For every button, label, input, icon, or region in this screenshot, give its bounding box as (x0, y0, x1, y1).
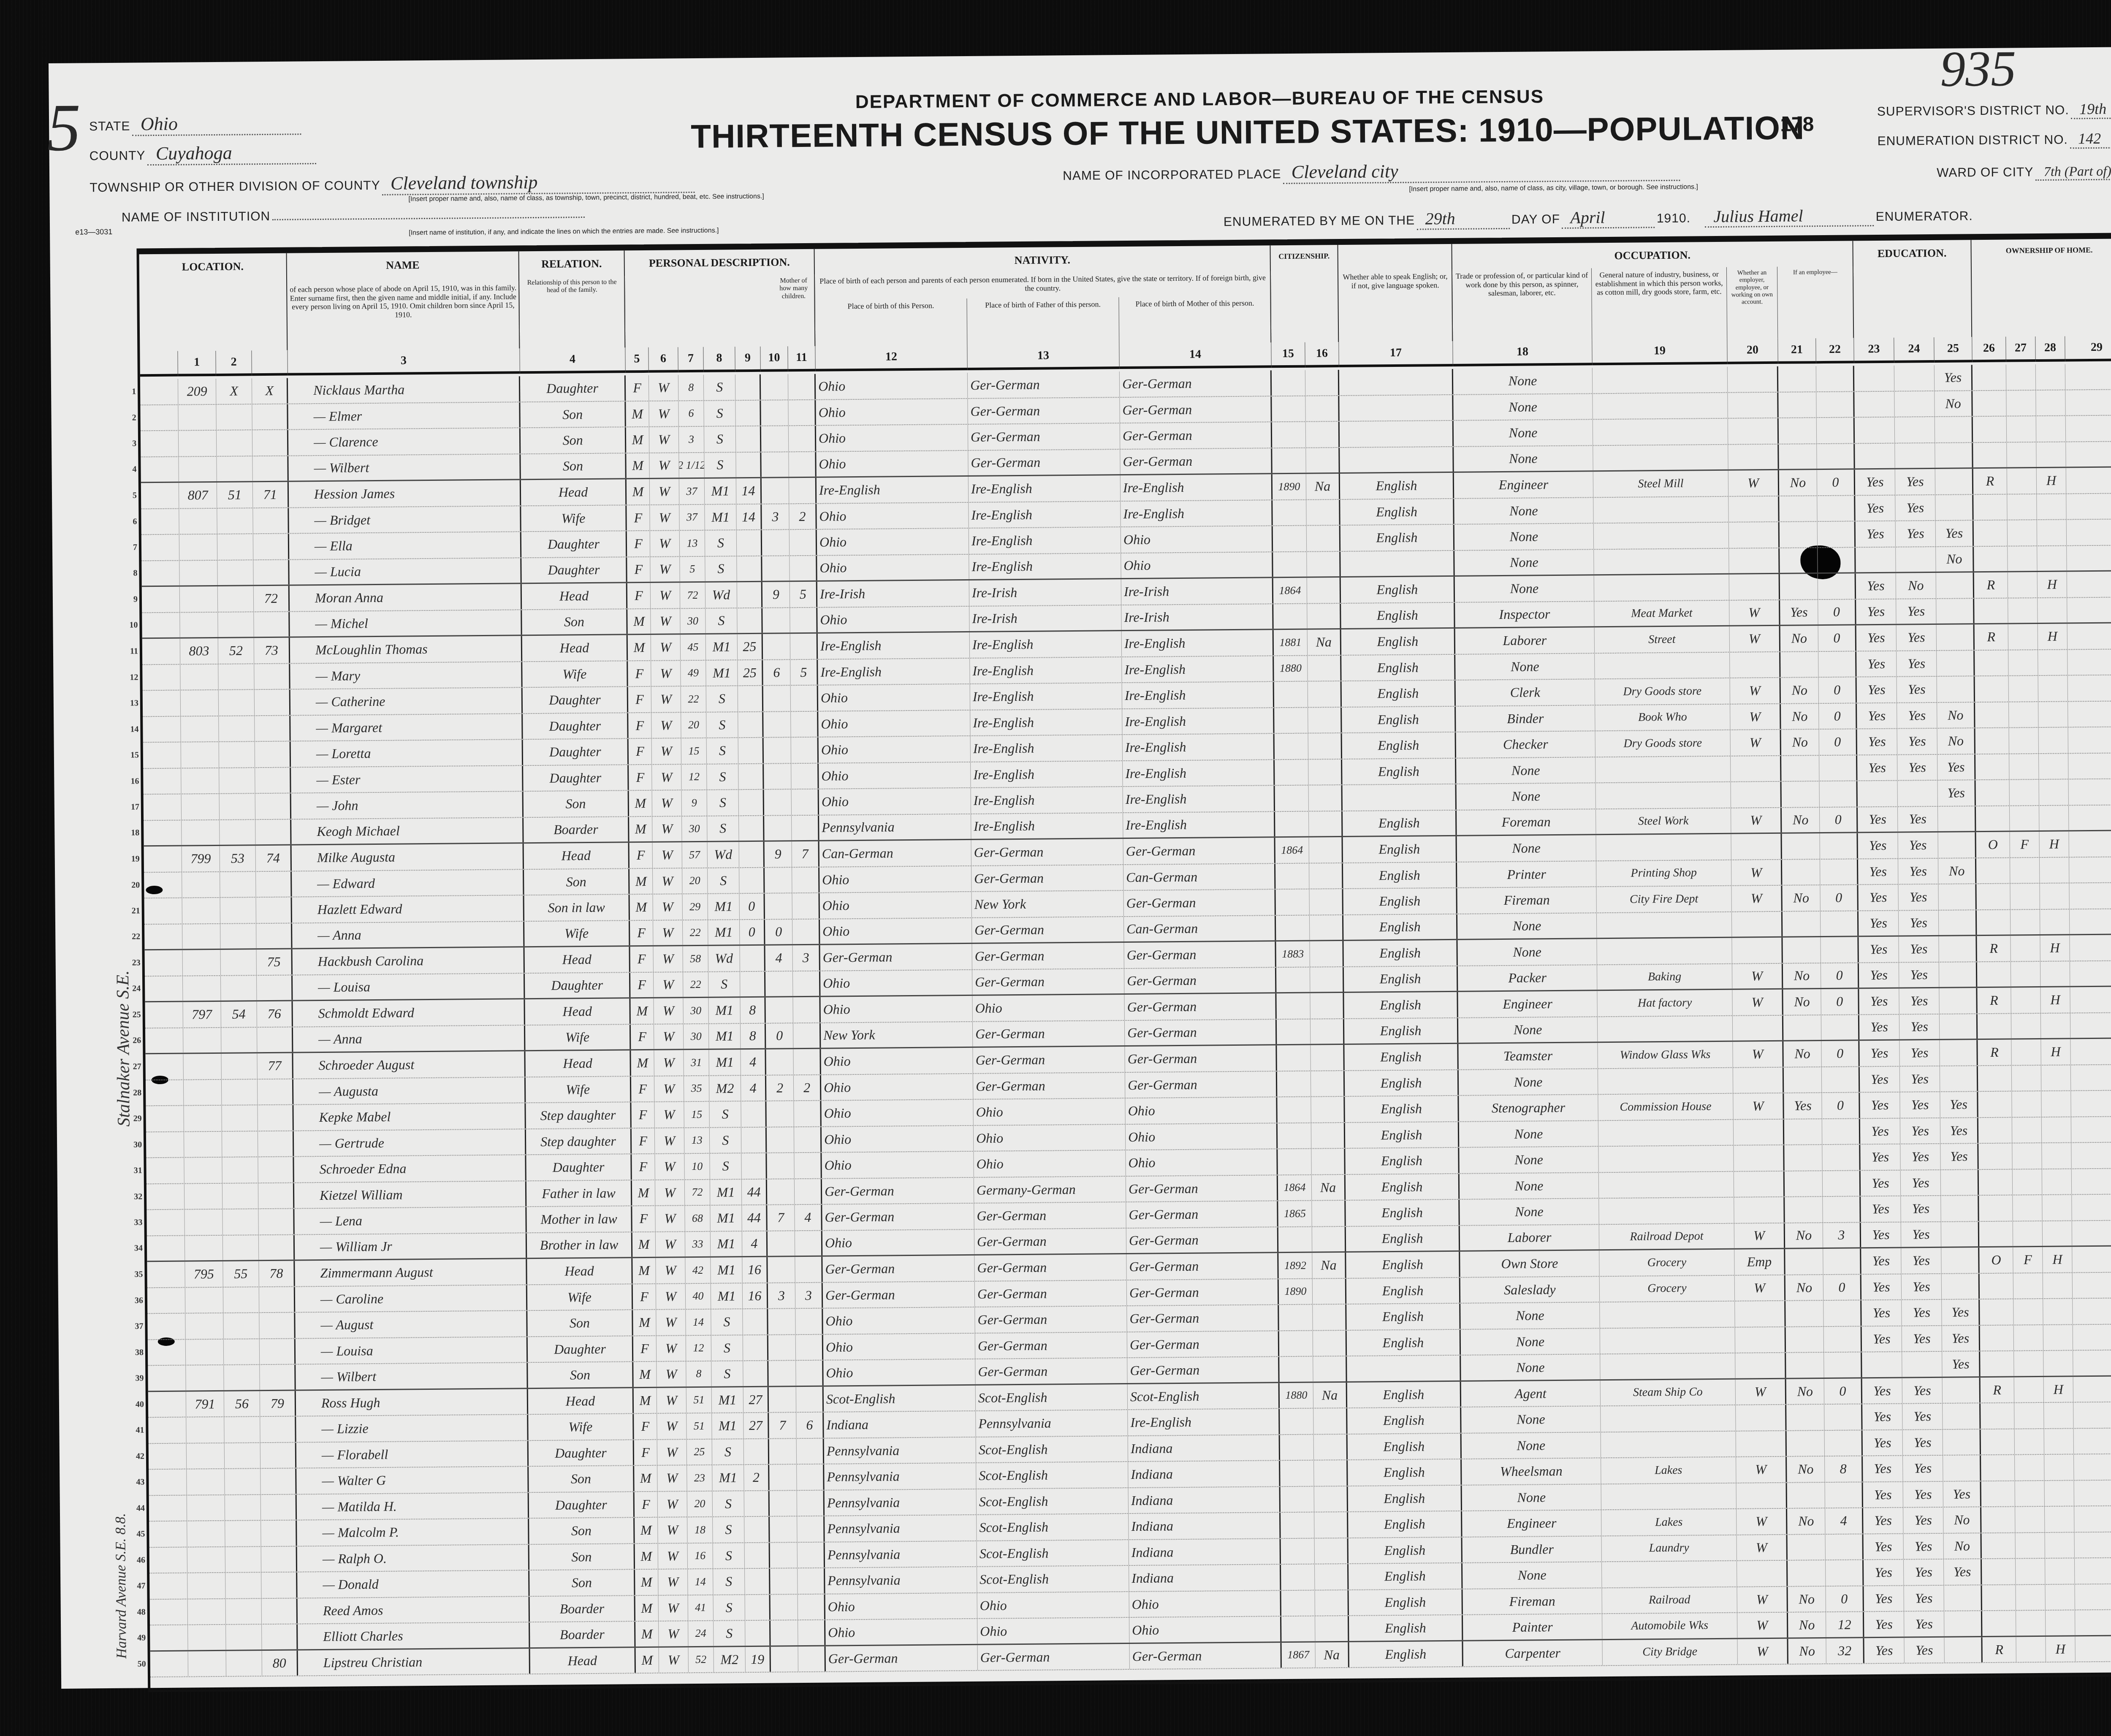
farm-house-cell (2043, 1299, 2073, 1324)
house-number-cell (181, 742, 219, 768)
person-name-cell: — Loretta (291, 740, 523, 767)
mother-birthplace-cell: Ire-English (1122, 630, 1274, 656)
can-read-cell: Yes (1856, 599, 1896, 624)
person-name-cell: Reed Amos (298, 1597, 530, 1624)
naturalization-cell (1307, 526, 1340, 551)
children-living-cell: 3 (795, 1283, 823, 1308)
language-cell: English (1349, 1615, 1463, 1641)
employment-class-cell: W (1730, 678, 1781, 703)
immigration-year-cell (1272, 448, 1306, 473)
dwelling-number-cell (224, 1417, 260, 1442)
industry-cell: Automobile Wks (1602, 1613, 1737, 1639)
mother-birthplace-cell: Ger-German (1127, 1357, 1279, 1383)
immigration-year-cell: 1881 (1274, 630, 1308, 655)
naturalization-cell (1311, 1097, 1345, 1122)
age-cell: 25 (687, 1439, 712, 1465)
immigration-year-cell (1275, 890, 1309, 915)
father-birthplace-cell: Ire-English (969, 502, 1121, 528)
trade-cell: None (1459, 1069, 1598, 1095)
years-married-cell: 27 (743, 1387, 769, 1412)
colnum-25: 25 (1934, 337, 1972, 363)
free-mortgaged-cell (2008, 624, 2038, 649)
owned-rented-cell (1975, 676, 2009, 702)
person-name-cell: Kepke Mabel (293, 1103, 526, 1130)
marital-status-cell: M1 (708, 920, 740, 945)
ward-value: 7th (Part of) Tract 92/94 (2035, 163, 2111, 181)
weeks-out-cell (1823, 1300, 1861, 1326)
owned-rented-cell: R (1981, 1377, 2014, 1402)
birthplace-cell: Ohio (819, 788, 971, 814)
industry-cell (1596, 834, 1731, 860)
owned-rented-cell (1978, 1092, 2012, 1117)
street-cell (141, 509, 179, 534)
owned-rented-cell: R (1973, 469, 2007, 494)
marital-status-cell: S (708, 868, 739, 893)
immigration-year-cell (1277, 1045, 1311, 1071)
sex-cell: F (627, 505, 650, 530)
naturalization-cell (1307, 578, 1341, 603)
farm-house-cell (2041, 1013, 2070, 1038)
language-instructions: Whether able to speak English; or, if no… (1338, 269, 1453, 342)
employment-class-cell (1731, 834, 1782, 859)
birthplace-cell: Ohio (823, 1333, 975, 1359)
years-married-cell: 27 (743, 1413, 769, 1438)
years-married-cell: 4 (741, 1050, 766, 1075)
marital-status-cell: S (713, 1491, 744, 1516)
trade-cell: Painter (1463, 1614, 1602, 1640)
can-read-cell: Yes (1864, 1612, 1904, 1637)
attended-school-cell: Yes (1937, 754, 1975, 780)
can-write-cell: Yes (1897, 703, 1937, 728)
incorporated-place-value: Cleveland city (1283, 158, 1680, 184)
naturalization-cell (1311, 1019, 1344, 1044)
can-write-cell: Yes (1900, 1066, 1940, 1091)
relation-cell: Mother in law (526, 1206, 632, 1232)
if-employee-header: If an employee— (1777, 266, 1853, 283)
race-cell: W (652, 790, 682, 816)
farm-house-cell (2039, 754, 2068, 779)
mother-birthplace-cell: Ger-German (1127, 1331, 1279, 1357)
marital-status-cell: S (707, 738, 738, 763)
free-mortgaged-cell (2008, 546, 2037, 571)
out-of-work-cell: No (1783, 989, 1821, 1014)
county-value: Cuyahoga (147, 141, 316, 165)
immigration-year-cell (1277, 1071, 1311, 1096)
occupation-code-cell (2070, 908, 2111, 934)
trade-cell: None (1459, 1147, 1598, 1173)
weeks-out-cell: 0 (1822, 1093, 1860, 1118)
can-read-cell (1854, 366, 1894, 391)
can-write-cell: Yes (1897, 625, 1937, 650)
marital-status-cell: S (710, 1128, 741, 1153)
father-birthplace-cell: Ire-English (971, 735, 1123, 761)
family-number-cell (257, 975, 293, 1000)
line-number: 47 (126, 1573, 145, 1599)
children-born-cell (769, 1439, 797, 1464)
farm-house-cell: H (2038, 624, 2068, 649)
age-cell: 57 (682, 842, 708, 868)
attended-school-cell: No (1937, 728, 1975, 754)
mother-birthplace-cell: Ire-Irish (1121, 578, 1273, 604)
person-name-cell: — Caroline (295, 1285, 527, 1312)
trade-cell: Checker (1456, 731, 1595, 757)
race-cell: W (653, 894, 683, 920)
relation-cell: Head (522, 635, 628, 661)
house-number-cell (185, 1210, 222, 1235)
free-mortgaged-cell (2013, 1299, 2043, 1324)
attended-school-cell: Yes (1935, 365, 1973, 390)
immigration-year-cell (1276, 967, 1310, 992)
marital-status-cell: S (707, 764, 738, 789)
birthplace-cell: Ohio (819, 762, 971, 788)
race-cell: W (658, 1492, 687, 1517)
children-born-cell (771, 1646, 798, 1672)
relation-cell: Boarder (524, 817, 629, 842)
farm-house-cell (2046, 1610, 2075, 1635)
naturalization-cell (1308, 759, 1342, 784)
immigration-year-cell (1276, 993, 1310, 1019)
weeks-out-cell: 12 (1826, 1612, 1864, 1637)
attended-school-cell (1944, 1637, 1982, 1663)
marital-status-cell: M1 (709, 1024, 741, 1049)
immigration-year-cell (1278, 1123, 1311, 1148)
occupation-code-cell: 12-9-2-6 (2070, 986, 2111, 1012)
trade-cell: None (1454, 498, 1593, 524)
race-cell: W (654, 1050, 684, 1075)
birth-mother-header: Place of birth of Mother of this person. (1119, 296, 1271, 344)
employment-class-cell (1733, 1067, 1784, 1093)
farm-house-cell (2036, 442, 2066, 467)
marital-status-cell: S (704, 374, 735, 400)
occupation-code-cell (2067, 570, 2111, 597)
industry-cell: Grocery (1600, 1275, 1735, 1302)
farm-house-cell (2043, 1325, 2073, 1350)
mother-birthplace-cell: Ire-English (1123, 734, 1275, 760)
race-cell: W (659, 1621, 688, 1646)
person-name-cell: — Malcolm P. (297, 1519, 529, 1546)
dwelling-number-cell (224, 1365, 260, 1390)
children-born-cell (762, 530, 790, 555)
can-write-cell (1896, 547, 1936, 572)
race-cell: W (650, 479, 679, 504)
employment-class-cell: W (1730, 704, 1781, 729)
dwelling-number-cell (225, 1547, 261, 1572)
free-mortgaged-cell (2006, 364, 2036, 390)
line-number: 50 (127, 1652, 146, 1677)
farm-house-cell (2039, 806, 2069, 830)
free-mortgaged-cell (2010, 858, 2040, 883)
years-married-cell (735, 374, 761, 400)
person-name-cell: — William Jr (295, 1233, 527, 1260)
race-cell: W (654, 998, 683, 1023)
enumerated-day: 29th (1416, 208, 1509, 230)
attended-school-cell (1941, 1248, 1979, 1273)
industry-cell: Street (1595, 627, 1730, 653)
employment-class-cell: W (1735, 1275, 1785, 1300)
occupation-code-cell (2072, 1193, 2111, 1220)
marital-status-cell: S (714, 1595, 745, 1620)
language-cell: English (1344, 966, 1458, 992)
attended-school-cell: No (1935, 391, 1973, 416)
trade-cell: None (1454, 420, 1593, 446)
relation-cell: Head (525, 998, 630, 1024)
can-write-cell (1902, 1352, 1942, 1377)
language-cell: English (1341, 629, 1455, 655)
mother-birthplace-cell: Scot-English (1128, 1383, 1280, 1409)
mother-birthplace-cell: Ger-German (1126, 1227, 1278, 1253)
employment-class-cell (1733, 1015, 1783, 1040)
colnum-10: 10 (760, 346, 788, 372)
children-living-cell (798, 1542, 825, 1568)
mother-birthplace-cell: Ger-German (1125, 1045, 1277, 1071)
race-cell: W (655, 1128, 684, 1153)
employment-class-cell (1736, 1405, 1786, 1430)
can-read-cell: Yes (1859, 963, 1899, 987)
naturalization-cell (1310, 967, 1344, 992)
mother-birthplace-cell: Ire-English (1121, 500, 1273, 526)
attended-school-cell (1944, 1611, 1982, 1636)
race-cell: W (649, 453, 679, 478)
children-born-cell: 4 (765, 945, 792, 971)
immigration-year-cell: 1892 (1278, 1253, 1312, 1278)
years-married-cell (738, 686, 763, 711)
age-cell: 30 (680, 608, 705, 633)
industry-cell (1597, 938, 1732, 964)
children-living-cell: 6 (796, 1413, 824, 1438)
language-cell: English (1345, 1122, 1459, 1148)
person-name-cell: Lipstreu Christian (298, 1649, 530, 1676)
birthplace-cell: New York (821, 1022, 973, 1047)
house-number-cell: 803 (180, 638, 218, 664)
line-number: 27 (122, 1054, 141, 1080)
employment-class-cell (1736, 1431, 1787, 1456)
line-number: 38 (125, 1340, 144, 1365)
dwelling-number-cell (218, 612, 254, 637)
race-cell: W (659, 1595, 688, 1621)
children-born-cell: 7 (767, 1205, 795, 1230)
dwelling-number-cell (221, 949, 257, 975)
employment-class-cell: Emp (1734, 1249, 1785, 1275)
trade-cell: Stenographer (1459, 1095, 1598, 1121)
immigration-year-cell (1279, 1305, 1313, 1330)
language-cell: English (1346, 1304, 1460, 1330)
street-cell (145, 1054, 183, 1080)
birthplace-cell: Ire-Irish (817, 580, 969, 607)
out-of-work-cell: No (1787, 1457, 1825, 1482)
can-write-cell: Yes (1903, 1481, 1943, 1507)
relation-cell: Daughter (525, 973, 630, 998)
attended-school-cell (1935, 495, 1973, 520)
can-write-cell (1894, 365, 1935, 391)
naturalization-cell (1313, 1356, 1347, 1381)
weeks-out-cell: 0 (1823, 1275, 1861, 1300)
house-number-cell (187, 1521, 225, 1546)
birthplace-cell: Ohio (816, 373, 968, 399)
marital-status-cell: S (704, 426, 736, 452)
employment-class-cell: W (1732, 963, 1783, 988)
race-cell: W (656, 1232, 685, 1257)
person-name-cell: — Anna (293, 1025, 525, 1052)
can-write-cell: Yes (1901, 1170, 1941, 1195)
sex-cell: F (629, 739, 652, 764)
marital-status-cell: M1 (710, 1205, 742, 1231)
naturalization-cell (1308, 681, 1342, 707)
relation-cell: Daughter (523, 739, 629, 765)
attended-school-cell: No (1943, 1533, 1981, 1559)
occupation-code-cell: 3-0-7-1 (2069, 856, 2111, 883)
farm-house-cell (2045, 1533, 2074, 1558)
attended-school-cell (1935, 443, 1973, 468)
owned-rented-cell (1973, 365, 2006, 390)
father-birthplace-cell: Ire-Irish (969, 579, 1121, 605)
sex-cell: M (626, 401, 649, 426)
person-name-cell: Ross Hugh (296, 1389, 528, 1416)
industry-cell: Laundry (1602, 1535, 1737, 1561)
industry-cell (1602, 1561, 1737, 1587)
trade-cell: None (1460, 1199, 1599, 1225)
out-of-work-cell: No (1781, 678, 1819, 703)
race-cell: W (651, 686, 681, 712)
immigration-year-cell (1279, 1331, 1313, 1356)
owned-rented-cell (1973, 417, 2007, 442)
owned-rented-cell (1981, 1429, 2015, 1454)
line-number: 34 (124, 1236, 143, 1261)
colnum-street (140, 351, 178, 377)
birthplace-cell: Can-German (819, 840, 971, 866)
free-mortgaged-cell (2014, 1325, 2043, 1350)
age-cell: 52 (689, 1647, 714, 1672)
house-number-cell (179, 534, 217, 560)
weeks-out-cell (1824, 1326, 1862, 1352)
children-born-cell (770, 1491, 797, 1516)
trade-cell: Fireman (1457, 887, 1596, 913)
dwelling-number-cell (225, 1469, 260, 1494)
dwelling-number-cell (217, 508, 253, 534)
sex-cell: F (626, 375, 649, 401)
age-cell: 37 (679, 505, 705, 530)
occupation-code-cell (2068, 778, 2111, 805)
out-of-work-cell: No (1779, 470, 1817, 495)
colnum-27: 27 (2006, 336, 2035, 362)
out-of-work-cell: No (1781, 704, 1819, 729)
occupation-code-cell (2066, 415, 2111, 441)
language-cell: English (1343, 836, 1457, 863)
naturalization-cell (1314, 1512, 1348, 1538)
language-cell: English (1342, 706, 1456, 732)
family-number-cell (260, 1468, 296, 1494)
street-cell (141, 457, 179, 482)
can-write-cell (1897, 781, 1937, 806)
dwelling-number-cell (220, 872, 256, 897)
marital-status-cell: S (705, 556, 737, 581)
trade-cell: Engineer (1454, 472, 1593, 498)
attended-school-cell: Yes (1940, 1144, 1978, 1169)
years-married-cell (737, 582, 762, 608)
race-cell: W (654, 1076, 684, 1101)
attended-school-cell (1939, 988, 1977, 1013)
birthplace-cell: Ohio (820, 996, 972, 1022)
weeks-out-cell (1825, 1430, 1863, 1456)
employment-class-cell: W (1737, 1535, 1788, 1560)
employment-class-cell (1728, 392, 1778, 418)
free-mortgaged-cell (2016, 1559, 2045, 1584)
family-number-cell (252, 404, 288, 429)
person-name-cell: — Augusta (293, 1077, 526, 1104)
weeks-out-cell: 0 (1821, 1041, 1859, 1066)
out-of-work-cell: No (1783, 1041, 1821, 1066)
immigration-year-cell (1279, 1357, 1313, 1382)
children-born-cell (764, 738, 791, 763)
relation-cell: Wife (522, 661, 628, 687)
owned-rented-cell (1976, 884, 2010, 909)
weeks-out-cell (1816, 392, 1854, 417)
immigration-year-cell (1276, 915, 1310, 940)
state-label: STATE (89, 119, 130, 133)
language-cell: English (1347, 1381, 1461, 1408)
trade-cell: None (1462, 1484, 1601, 1511)
farm-house-cell (2038, 598, 2067, 623)
birthplace-cell: Ohio (817, 502, 969, 529)
children-born-cell (768, 1231, 795, 1256)
attended-school-cell: Yes (1944, 1559, 1982, 1584)
street-cell (145, 1028, 183, 1053)
children-born-cell (768, 1257, 795, 1282)
person-name-cell: Hackbush Carolina (292, 947, 524, 974)
industry-cell: Lakes (1601, 1457, 1736, 1484)
years-married-cell (741, 1101, 766, 1127)
trade-cell: Engineer (1462, 1510, 1601, 1536)
employment-class-cell (1734, 1119, 1784, 1145)
weeks-out-cell (1823, 1171, 1861, 1196)
house-number-cell (187, 1443, 225, 1468)
owned-rented-cell (1974, 546, 2008, 571)
can-read-cell: Yes (1860, 1145, 1900, 1170)
sex-cell: F (632, 1206, 655, 1231)
immigration-year-cell (1273, 500, 1306, 525)
free-mortgaged-cell (2012, 1091, 2041, 1117)
trade-cell: Inspector (1455, 602, 1594, 627)
attended-school-cell (1938, 884, 1976, 909)
children-born-cell (768, 1309, 795, 1334)
house-number-cell (182, 898, 220, 923)
mother-birthplace-cell: Ohio (1129, 1617, 1281, 1642)
race-cell: W (658, 1543, 688, 1569)
weeks-out-cell (1818, 521, 1856, 547)
line-number: 2 (117, 405, 136, 431)
sex-cell: M (634, 1466, 657, 1491)
years-married-cell (738, 712, 763, 737)
sex-cell: M (634, 1388, 657, 1413)
weeks-out-cell (1823, 1248, 1861, 1274)
free-mortgaged-cell (2012, 1143, 2042, 1169)
children-born-cell (766, 1049, 793, 1074)
birthplace-cell: Pennsylvania (825, 1541, 977, 1567)
father-birthplace-cell: Ire-English (971, 813, 1123, 839)
township-label: TOWNSHIP OR OTHER DIVISION OF COUNTY (90, 179, 380, 195)
sex-cell: F (630, 947, 653, 972)
employment-class-cell: W (1730, 626, 1780, 651)
father-birthplace-cell: Ger-German (972, 969, 1124, 995)
occupation-code-cell: 1-6-X-0 (2074, 1453, 2111, 1480)
free-mortgaged-cell (2016, 1584, 2045, 1610)
line-number: 7 (118, 535, 137, 560)
street-cell (140, 379, 178, 404)
owned-rented-cell (1977, 910, 2011, 935)
relation-cell: Son (522, 609, 627, 635)
person-name-cell: — Ralph O. (297, 1545, 529, 1572)
industry-cell (1598, 1068, 1733, 1094)
owned-rented-cell (1975, 754, 2009, 779)
